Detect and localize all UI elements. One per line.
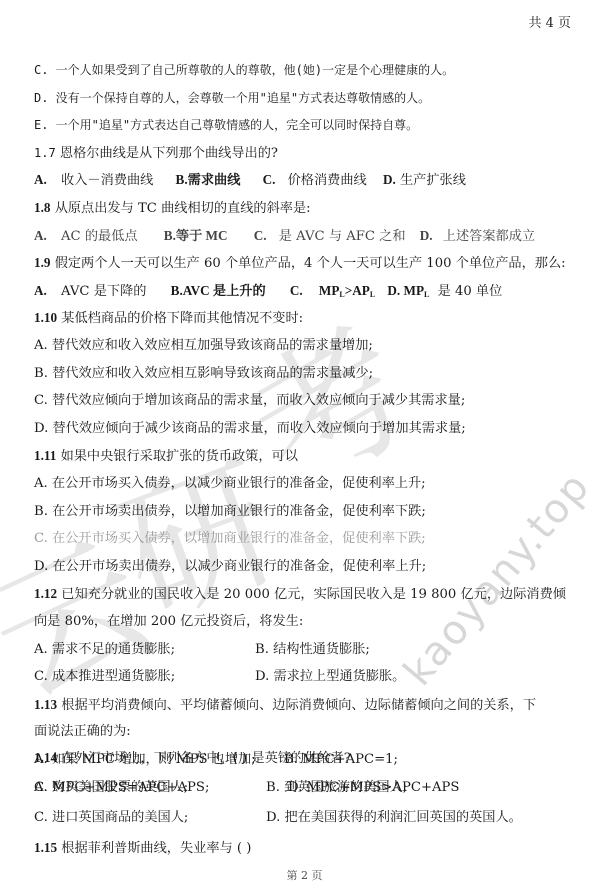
watermark-url: kaoyany.top bbox=[395, 463, 599, 694]
option-label: A. bbox=[34, 172, 47, 187]
question-stem: 某低档商品的价格下降而其他情况不变时: bbox=[61, 311, 303, 326]
question-number: 1.12 bbox=[34, 586, 57, 601]
question-number: 1.13 bbox=[34, 697, 57, 712]
question-stem: 根据菲利普斯曲线，失业率与 ( ) bbox=[61, 841, 251, 856]
option-a: A. 购买美国股票的英国人; bbox=[34, 779, 188, 797]
option-b: B. 结构性通货膨胀; bbox=[255, 641, 370, 659]
option-c: 是 AVC 与 AFC 之和 bbox=[279, 229, 406, 244]
option-b: B. 到英国旅游的美国人; bbox=[266, 779, 407, 797]
option-a: A. 需求不足的通货膨胀; bbox=[34, 641, 175, 659]
question-stem: 如果中央银行采取扩张的货币政策，可以 bbox=[61, 449, 298, 464]
question-stem: 在外汇市场上，下列各方中，( ) 是英镑的供给者? bbox=[61, 751, 351, 766]
question-1-7-options: A. 收入－消费曲线 B.需求曲线 C. 价格消费曲线 D. 生产扩张线 bbox=[34, 171, 466, 190]
option-prev-e: E. 一个用"追星"方式表达自己尊敬情感的人，完全可以同时保持自尊。 bbox=[34, 116, 418, 134]
question-stem-cont: 向是 80%，在增加 200 亿元投资后，将发生: bbox=[34, 613, 303, 631]
question-1-12: 1.12 已知充分就业的国民收入是 20 000 亿元，实际国民收入是 19 8… bbox=[34, 585, 566, 604]
option-b: B. 替代效应和收入效应相互影响导致该商品的需求量减少; bbox=[34, 365, 373, 383]
question-1-9: 1.9 假定两个人一天可以生产 60 个单位产品，4 个人一天可以生产 100 … bbox=[34, 254, 566, 273]
option-b: B.AVC 是上升的 bbox=[171, 283, 266, 298]
question-1-8-options: A. AC 的最低点 B.等于 MC C. 是 AVC 与 AFC 之和 D. … bbox=[34, 227, 535, 246]
question-1-14: 1.14 在外汇市场上，下列各方中，( ) 是英镑的供给者? bbox=[34, 749, 351, 768]
option-label: C. bbox=[263, 172, 276, 187]
option-c: MPL>APL bbox=[319, 283, 375, 298]
question-number: 1.14 bbox=[34, 750, 57, 765]
option-b: B.需求曲线 bbox=[176, 172, 241, 187]
option-b: B. 在公开市场卖出债券，以增加商业银行的准备金，促使利率下跌; bbox=[34, 503, 426, 521]
page-number: 第 2 页 bbox=[0, 867, 609, 883]
total-pages-label: 共 4 页 bbox=[528, 12, 571, 31]
option-label: A. bbox=[34, 228, 47, 243]
option-d-text: 是 40 单位 bbox=[438, 284, 503, 299]
option-d: 生产扩张线 bbox=[400, 173, 466, 188]
question-number: 1.11 bbox=[34, 448, 56, 463]
question-1-11: 1.11 如果中央银行采取扩张的货币政策，可以 bbox=[34, 447, 298, 466]
option-label: D. bbox=[383, 172, 396, 187]
question-number: 1.10 bbox=[34, 310, 57, 325]
option-d: D. 在公开市场卖出债券，以减少商业银行的准备金，促使利率上升; bbox=[34, 558, 426, 576]
option-a: AC 的最低点 bbox=[61, 229, 138, 244]
question-1-15: 1.15 根据菲利普斯曲线，失业率与 ( ) bbox=[34, 839, 251, 858]
question-stem: 已知充分就业的国民收入是 20 000 亿元，实际国民收入是 19 800 亿元… bbox=[61, 587, 566, 602]
option-label: D. bbox=[420, 228, 433, 243]
question-1-13: 1.13 根据平均消费倾向、平均储蓄倾向、边际消费倾向、边际储蓄倾向之间的关系，… bbox=[34, 696, 536, 715]
question-stem-cont: 面说法正确的为: bbox=[34, 723, 131, 741]
question-stem: 恩格尔曲线是从下列那个曲线导出的? bbox=[60, 146, 278, 161]
option-a: A. 在公开市场买入债券，以减少商业银行的准备金，促使利率上升; bbox=[34, 475, 426, 493]
option-label: C. bbox=[290, 283, 303, 298]
question-number: 1.8 bbox=[34, 200, 50, 215]
question-1-8: 1.8 从原点出发与 TC 曲线相切的直线的斜率是: bbox=[34, 199, 311, 218]
option-prev-d: D. 没有一个保持自尊的人，会尊敬一个用"追星"方式表达尊敬情感的人。 bbox=[34, 89, 430, 107]
option-prev-c: C. 一个人如果受到了自己所尊敬的人的尊敬，他(她)一定是个心理健康的人。 bbox=[34, 61, 454, 79]
question-stem: 假定两个人一天可以生产 60 个单位产品，4 个人一天可以生产 100 个单位产… bbox=[55, 256, 566, 271]
option-a: AVC 是下降的 bbox=[61, 284, 146, 299]
question-1-7: 1.7 恩格尔曲线是从下列那个曲线导出的? bbox=[34, 144, 278, 163]
option-c: C. 在公开市场买入债券，以增加商业银行的准备金，促使利率下跌; bbox=[34, 530, 426, 548]
option-label: A. bbox=[34, 283, 47, 298]
option-a: A. 替代效应和收入效应相互加强导致该商品的需求量增加; bbox=[34, 337, 373, 355]
question-number: 1.7 bbox=[34, 146, 56, 160]
option-d: D. 替代效应倾向于减少该商品的需求量，而收入效应倾向于增加其需求量; bbox=[34, 420, 466, 438]
option-d: 上述答案都成立 bbox=[443, 229, 535, 244]
option-d: D. 需求拉上型通货膨胀。 bbox=[255, 668, 405, 686]
question-1-9-options: A. AVC 是下降的 B.AVC 是上升的 C. MPL>APL D. MPL… bbox=[34, 282, 502, 304]
option-c: C. 成本推进型通货膨胀; bbox=[34, 668, 175, 686]
option-a: 收入－消费曲线 bbox=[61, 173, 153, 188]
option-c: 价格消费曲线 bbox=[288, 173, 367, 188]
question-stem: 根据平均消费倾向、平均储蓄倾向、边际消费倾向、边际储蓄倾向之间的关系，下 bbox=[61, 698, 536, 713]
question-stem: 从原点出发与 TC 曲线相切的直线的斜率是: bbox=[55, 201, 311, 216]
option-label: C. bbox=[254, 228, 267, 243]
option-c: C. 进口英国商品的美国人; bbox=[34, 809, 188, 827]
option-b: B.等于 MC bbox=[164, 228, 228, 243]
option-d: D. MPL bbox=[387, 283, 429, 298]
option-c: C. 替代效应倾向于增加该商品的需求量，而收入效应倾向于减少其需求量; bbox=[34, 392, 465, 410]
question-number: 1.15 bbox=[34, 840, 57, 855]
option-d: D. 把在美国获得的利润汇回英国的英国人。 bbox=[266, 809, 522, 827]
question-1-10: 1.10 某低档商品的价格下降而其他情况不变时: bbox=[34, 309, 303, 328]
question-number: 1.9 bbox=[34, 255, 50, 270]
